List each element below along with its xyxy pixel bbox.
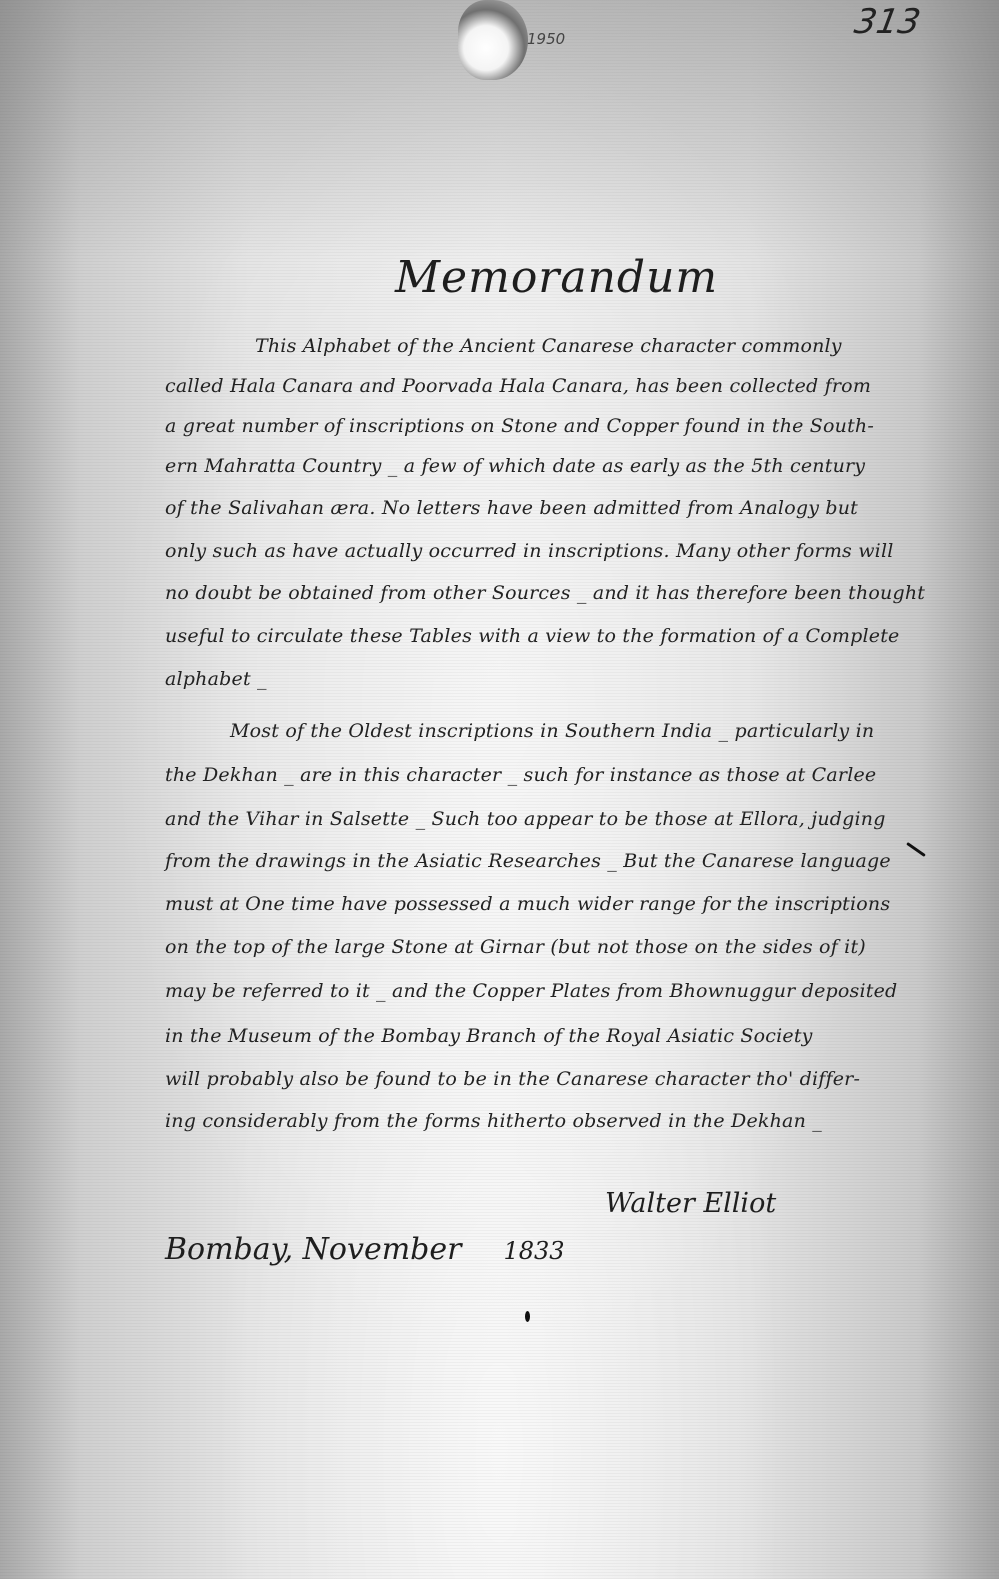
text-line: on the top of the large Stone at Girnar … [165, 936, 905, 958]
signature: Walter Elliot [605, 1188, 776, 1219]
text-line: in the Museum of the Bombay Branch of th… [165, 1025, 905, 1047]
ink-blot [525, 1311, 530, 1322]
text-line: and the Vihar in Salsette _ Such too app… [165, 808, 905, 830]
ink-stroke-margin [906, 842, 926, 857]
text-line: may be referred to it _ and the Copper P… [165, 980, 905, 1002]
text-line: ing considerably from the forms hitherto… [165, 1110, 905, 1132]
text-line: from the drawings in the Asiatic Researc… [165, 850, 905, 872]
date-year: 1833 [503, 1237, 564, 1265]
text-line: of the Salivahan æra. No letters have be… [165, 497, 905, 519]
place-and-month: Bombay, November [165, 1232, 461, 1267]
text-line: Most of the Oldest inscriptions in South… [165, 720, 970, 742]
text-line: must at One time have possessed a much w… [165, 893, 905, 915]
text-line: a great number of inscriptions on Stone … [165, 415, 905, 437]
folio-number: 313 [851, 2, 923, 42]
text-line: the Dekhan _ are in this character _ suc… [165, 764, 905, 786]
text-line: ern Mahratta Country _ a few of which da… [165, 455, 905, 477]
manuscript-page: 1950 313 Memorandum This Alphabet of the… [0, 0, 999, 1579]
text-line: only such as have actually occurred in i… [165, 540, 905, 562]
paper-damage-stain [458, 0, 528, 80]
place-date: Bombay, November1833 [165, 1232, 565, 1267]
text-line: called Hala Canara and Poorvada Hala Can… [165, 375, 905, 397]
pencil-annotation-year: 1950 [527, 30, 565, 48]
document-title: Memorandum [395, 252, 718, 303]
text-line: alphabet _ [165, 668, 905, 690]
text-line: This Alphabet of the Ancient Canarese ch… [165, 335, 995, 357]
text-line: no doubt be obtained from other Sources … [165, 582, 905, 604]
text-line: will probably also be found to be in the… [165, 1068, 905, 1090]
text-line: useful to circulate these Tables with a … [165, 625, 905, 647]
